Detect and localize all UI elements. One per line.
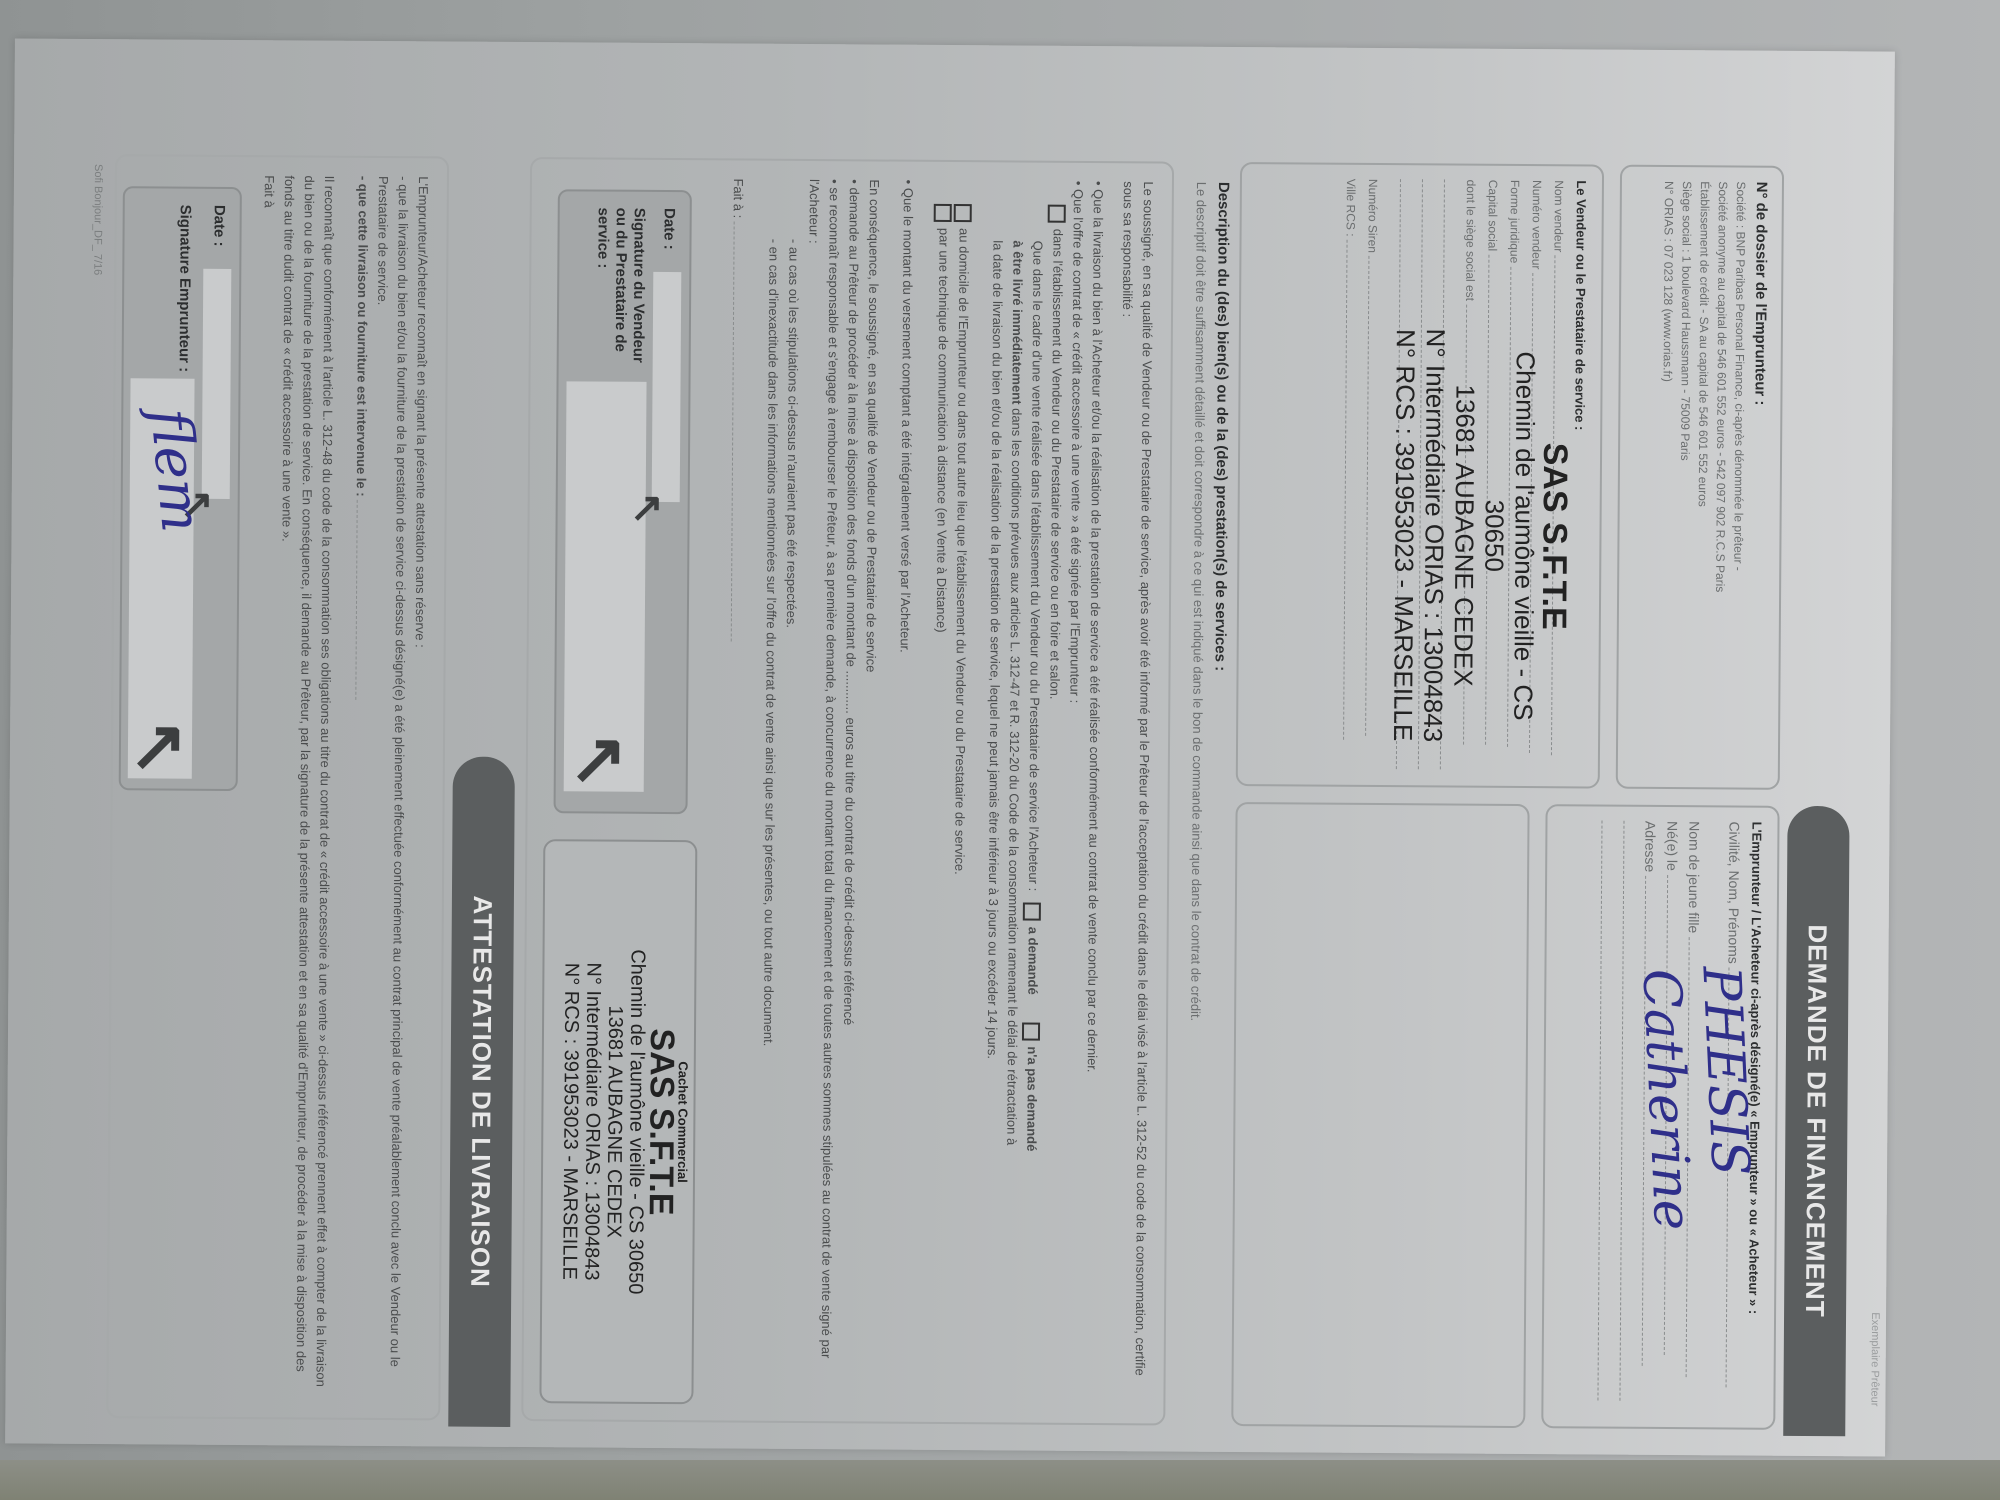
field-label: Numéro vendeur <box>1529 180 1544 269</box>
field-label: Adresse <box>1642 821 1658 872</box>
dossier-label: N° de dossier de l'Emprunteur : <box>1746 182 1772 774</box>
requested-checkbox[interactable] <box>1023 903 1041 921</box>
detail-text: dans les conditions prévues aux articles… <box>1004 408 1024 1145</box>
date-field[interactable] <box>652 272 682 502</box>
date-label: Date : <box>657 208 679 250</box>
field-label: Numéro Siren <box>1365 179 1380 253</box>
field-label: Civilité, Nom, Prénoms <box>1726 821 1743 963</box>
option-label: dans l'établissement du Vendeur ou du Pr… <box>1047 229 1065 700</box>
rcs-city-field[interactable]: Ville RCS : <box>1336 179 1362 771</box>
borrower-signature-box: Date : Signature Emprunteur : ↖ ↖ flem <box>119 186 242 791</box>
copy-note: Exemplaire Prêteur <box>1863 1296 1886 1406</box>
bullet-text: Que la livraison du bien à l'Acheteur et… <box>1085 189 1106 1072</box>
vendor-stamp: SAS S.F.T.E Chemin de l'aumône vieille -… <box>1388 315 1571 756</box>
siren-field[interactable]: Numéro Siren <box>1358 179 1384 771</box>
sign-here-arrow-icon: ↖ <box>628 492 668 526</box>
document-sheet: Exemplaire Prêteur DEMANDE DE FINANCEMEN… <box>5 38 1895 1456</box>
bullet-text: se reconnaît responsable et s'engage à r… <box>807 179 842 1358</box>
stamp-orias: N° Intermédiaire ORIAS : 13004843 <box>579 841 605 1401</box>
sign-here-arrow-icon: ↖ <box>126 718 196 777</box>
field-label: Nom de jeune fille <box>1686 821 1703 933</box>
borrower-box: L'Emprunteur / L'Acheteur ci-après désig… <box>1541 804 1779 1430</box>
footer-reference: Sofi Bonjour_DF_ 7/16 <box>86 164 109 275</box>
attestation-box: L'Emprunteur/Acheteur reconnaît en signa… <box>106 154 449 1420</box>
bullet-text: Que le montant du versement comptant a é… <box>898 188 916 653</box>
field-label: Fait à : <box>731 178 746 218</box>
sign-here-arrow-icon: ↖ <box>566 731 636 790</box>
stamp-city: 13681 AUBAGNE CEDEX <box>1448 315 1481 755</box>
description-box <box>1231 802 1529 1428</box>
field-label: Nom vendeur <box>1551 180 1566 252</box>
date-label: Date : <box>207 205 229 247</box>
stamp-address: Chemin de l'aumône vieille - CS 30650 <box>623 842 649 1402</box>
fait-a-field[interactable]: Fait à : <box>719 178 748 1402</box>
handwritten-borrower-name: PHESIS Catherine <box>1631 965 1772 1430</box>
description-title: Description du (des) bien(s) ou de la (d… <box>1181 182 1234 1422</box>
section-title: DEMANDE DE FINANCEMENT <box>1800 924 1834 1317</box>
dash-text: au cas où les stipulations ci-dessus n'a… <box>784 247 802 628</box>
attestation-legal: Il reconnaît que conformément à l'articl… <box>270 175 339 1399</box>
field-label: Ville RCS : <box>1344 179 1358 237</box>
field-label: Né(e) le <box>1664 821 1680 871</box>
signature-label: Signature du Vendeur ou du Prestataire d… <box>593 207 648 377</box>
requested-label: a demandé <box>1025 927 1040 995</box>
stamp-company-name: SAS S.F.T.E <box>645 842 677 1402</box>
checkbox[interactable] <box>954 204 972 222</box>
dossier-box: N° de dossier de l'Emprunteur : Société … <box>1616 165 1784 790</box>
not-requested-label: n'a pas demandé <box>1024 1046 1040 1151</box>
attestation-item: - que la livraison du bien et/ou la four… <box>364 176 413 1400</box>
certification-box: Le soussigné, en sa qualité de Vendeur o… <box>521 157 1174 1425</box>
floor-background <box>0 1460 2000 1500</box>
field-label: Forme juridique <box>1507 180 1522 263</box>
borrower-signature-mark: flem <box>137 406 214 535</box>
checkbox[interactable] <box>1048 205 1066 223</box>
vendor-signature-field[interactable] <box>564 381 647 792</box>
vendor-signature-box: Date : Signature du Vendeur ou du Presta… <box>554 189 692 814</box>
section-header-delivery: ATTESTATION DE LIVRAISON <box>448 757 515 1427</box>
payment-bullet: • Que le montant du versement comptant a… <box>889 180 918 1404</box>
not-requested-checkbox[interactable] <box>1022 1022 1040 1040</box>
field-label: Fait à <box>262 175 277 208</box>
option-label: au domicile de l'Emprunteur ou dans tout… <box>952 228 972 875</box>
certification-intro: Le soussigné, en sa qualité de Vendeur o… <box>1109 181 1158 1405</box>
stamp-city: 13681 AUBAGNE CEDEX <box>601 842 627 1402</box>
bullet-text: Que l'offre de contrat de « crédit acces… <box>1067 189 1086 703</box>
section-title: ATTESTATION DE LIVRAISON <box>465 895 499 1288</box>
section-header-financing: DEMANDE DE FINANCEMENT <box>1783 806 1849 1436</box>
stamp-rcs: N° RCS : 391953023 - MARSEILLE <box>1388 315 1421 755</box>
detail-text: Que dans le cadre d'une vente réalisée d… <box>1026 241 1046 892</box>
signature-label: Signature Emprunteur : <box>173 205 196 373</box>
commercial-stamp-box: Cachet Commercial SAS S.F.T.E Chemin de … <box>539 839 697 1404</box>
checkbox[interactable] <box>934 204 952 222</box>
c-bullet: • se reconnaît responsable et s'engage à… <box>795 179 844 1403</box>
vendor-box: Le Vendeur ou le Prestataire de service … <box>1236 162 1604 789</box>
detail-bold: à être livré immédiatement <box>1009 240 1025 404</box>
item-bold: - que cette livraison ou fourniture est … <box>354 176 371 497</box>
field-label: Capital social <box>1485 180 1499 251</box>
dash-text: en cas d'inexactitude dans les informati… <box>761 247 782 1047</box>
stamp-address: Chemin de l'aumône vieille - CS 30650 <box>1478 316 1541 756</box>
stamp-company-name: SAS S.F.T.E <box>1538 316 1571 756</box>
field-label: dont le siège social est <box>1463 180 1478 302</box>
stamp-rcs: N° RCS : 391953023 - MARSEILLE <box>557 841 583 1401</box>
stamp-orias: N° Intermédiaire ORIAS : 13004843 <box>1418 315 1451 755</box>
form-page: Exemplaire Prêteur DEMANDE DE FINANCEMEN… <box>86 134 1855 1396</box>
bullet-text: demande au Prêteur de procéder à la mise… <box>841 187 862 1025</box>
option-label: par une technique de communication à dis… <box>934 228 952 633</box>
